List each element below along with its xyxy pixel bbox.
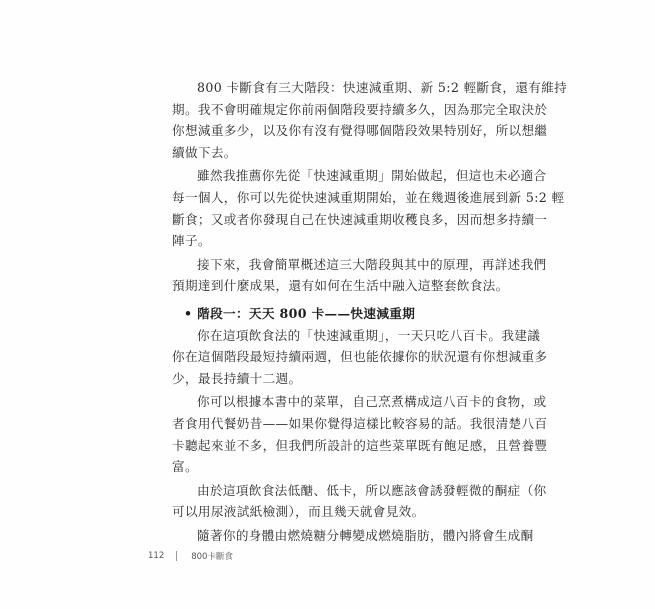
text-line: 續做下去。 bbox=[172, 142, 484, 164]
text-line: 你想減重多少，以及你有沒有覺得哪個階段效果特別好，所以想繼 bbox=[172, 120, 484, 142]
text-line: 接下來，我會簡單概述這三大階段與其中的原理，再詳述我們 bbox=[172, 254, 484, 276]
footer-divider bbox=[176, 551, 177, 561]
body-text: 800 卡斷食有三大階段：快速減重期、新 5:2 輕斷食，還有維持 期。我不會明… bbox=[172, 77, 484, 546]
text-line: 你可以根據本書中的菜單，自己烹煮構成這八百卡的食物，或 bbox=[172, 391, 484, 413]
text-line: 隨著你的身體由燃燒糖分轉變成燃燒脂肪，體內將會生成酮 bbox=[172, 525, 484, 547]
text-line: 斷食；又或者你發現自己在快速減重期收穫良多，因而想多持續一 bbox=[172, 209, 484, 231]
text-line: 者食用代餐奶昔——如果你覺得這樣比較容易的話。我很清楚八百 bbox=[172, 413, 484, 435]
text-line: 雖然我推薦你先從「快速減重期」開始做起，但這也未必適合 bbox=[172, 165, 484, 187]
text-line: 卡聽起來並不多，但我們所設計的這些菜單既有飽足感，且營養豐 bbox=[172, 435, 484, 457]
text-line: 可以用尿液試紙檢測），而且幾天就會見效。 bbox=[172, 501, 484, 523]
text-line: 每一個人，你可以先從快速減重期開始，並在幾週後進展到新 5:2 輕 bbox=[172, 187, 484, 209]
text-line: 期。我不會明確規定你前兩個階段要持續多久，因為那完全取決於 bbox=[172, 99, 484, 121]
running-title: 800卡斷食 bbox=[191, 550, 233, 562]
text-line: 你在這項飲食法的「快速減重期」，一天只吃八百卡。我建議 bbox=[172, 325, 484, 347]
page-number: 112 bbox=[148, 551, 164, 561]
text-line: 由於這項飲食法低醣、低卡，所以應該會誘發輕微的酮症（你 bbox=[172, 480, 484, 502]
text-line: 你在這個階段最短持續兩週，但也能依據你的狀況還有你想減重多 bbox=[172, 346, 484, 368]
book-page: 800 卡斷食有三大階段：快速減重期、新 5:2 輕斷食，還有維持 期。我不會明… bbox=[0, 0, 655, 609]
text-line: 少，最長持續十二週。 bbox=[172, 368, 484, 390]
text-line: 800 卡斷食有三大階段：快速減重期、新 5:2 輕斷食，還有維持 bbox=[172, 77, 484, 99]
text-line: 陣子。 bbox=[172, 230, 484, 252]
text-line: 預期達到什麼成果，還有如何在生活中融入這整套飲食法。 bbox=[172, 275, 484, 297]
page-footer: 112 800卡斷食 bbox=[148, 550, 233, 562]
text-line: 富。 bbox=[172, 456, 484, 478]
section-heading: • 階段一：天天 800 卡——快速減重期 bbox=[172, 303, 484, 325]
